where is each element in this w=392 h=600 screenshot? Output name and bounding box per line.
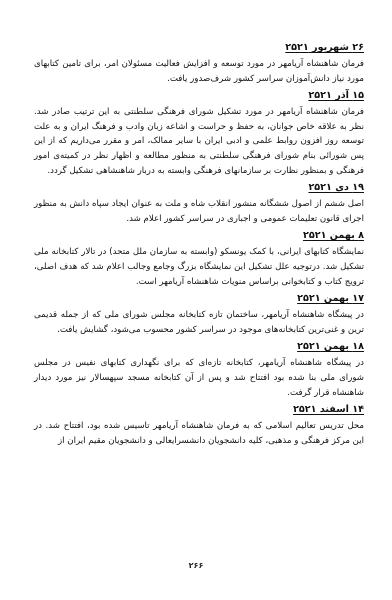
entry-4: ۸ بهمن ۲۵۲۱ نمایشگاه کتابهای ایرانی، با … <box>34 228 364 289</box>
entry-text: فرمان شاهنشاه آریامهر در مورد تشکیل شورا… <box>34 105 364 178</box>
entry-text: در پیشگاه شاهنشاه آریامهر، کتابخانه تازه… <box>34 356 364 400</box>
entry-2: ۱۵ آذر ۲۵۲۱ فرمان شاهنشاه آریامهر در مور… <box>34 88 364 178</box>
entry-date: ۱۷ بهمن ۲۵۲۱ <box>297 291 364 306</box>
document-page: ۲۶ شهریور ۲۵۲۱ فرمان شاهنشاه آریامهر در … <box>34 40 364 450</box>
page-number: ۲۶۶ <box>0 561 392 570</box>
entry-date: ۱۵ آذر ۲۵۲۱ <box>308 88 364 103</box>
entry-5: ۱۷ بهمن ۲۵۲۱ در پیشگاه شاهنشاه آریامهر، … <box>34 291 364 337</box>
entry-date: ۱۴ اسفند ۲۵۲۱ <box>293 402 364 417</box>
entry-1: ۲۶ شهریور ۲۵۲۱ فرمان شاهنشاه آریامهر در … <box>34 40 364 86</box>
entry-text: نمایشگاه کتابهای ایرانی، با کمک یونسکو (… <box>34 245 364 289</box>
entry-text: محل تدریس تعالیم اسلامی که به فرمان شاهن… <box>34 419 364 448</box>
entry-text: فرمان شاهنشاه آریامهر در مورد توسعه و اف… <box>34 57 364 86</box>
entry-date: ۲۶ شهریور ۲۵۲۱ <box>285 40 364 55</box>
entry-date: ۱۸ بهمن ۲۵۲۱ <box>297 339 364 354</box>
entry-text: اصل ششم از اصول ششگانه منشور انقلاب شاه … <box>34 197 364 226</box>
entry-text: در پیشگاه شاهنشاه آریامهر، ساختمان تازه … <box>34 308 364 337</box>
entry-3: ۱۹ دی ۲۵۲۱ اصل ششم از اصول ششگانه منشور … <box>34 180 364 226</box>
entry-7: ۱۴ اسفند ۲۵۲۱ محل تدریس تعالیم اسلامی که… <box>34 402 364 448</box>
entry-6: ۱۸ بهمن ۲۵۲۱ در پیشگاه شاهنشاه آریامهر، … <box>34 339 364 400</box>
entry-date: ۸ بهمن ۲۵۲۱ <box>303 228 364 243</box>
entry-date: ۱۹ دی ۲۵۲۱ <box>308 180 364 195</box>
